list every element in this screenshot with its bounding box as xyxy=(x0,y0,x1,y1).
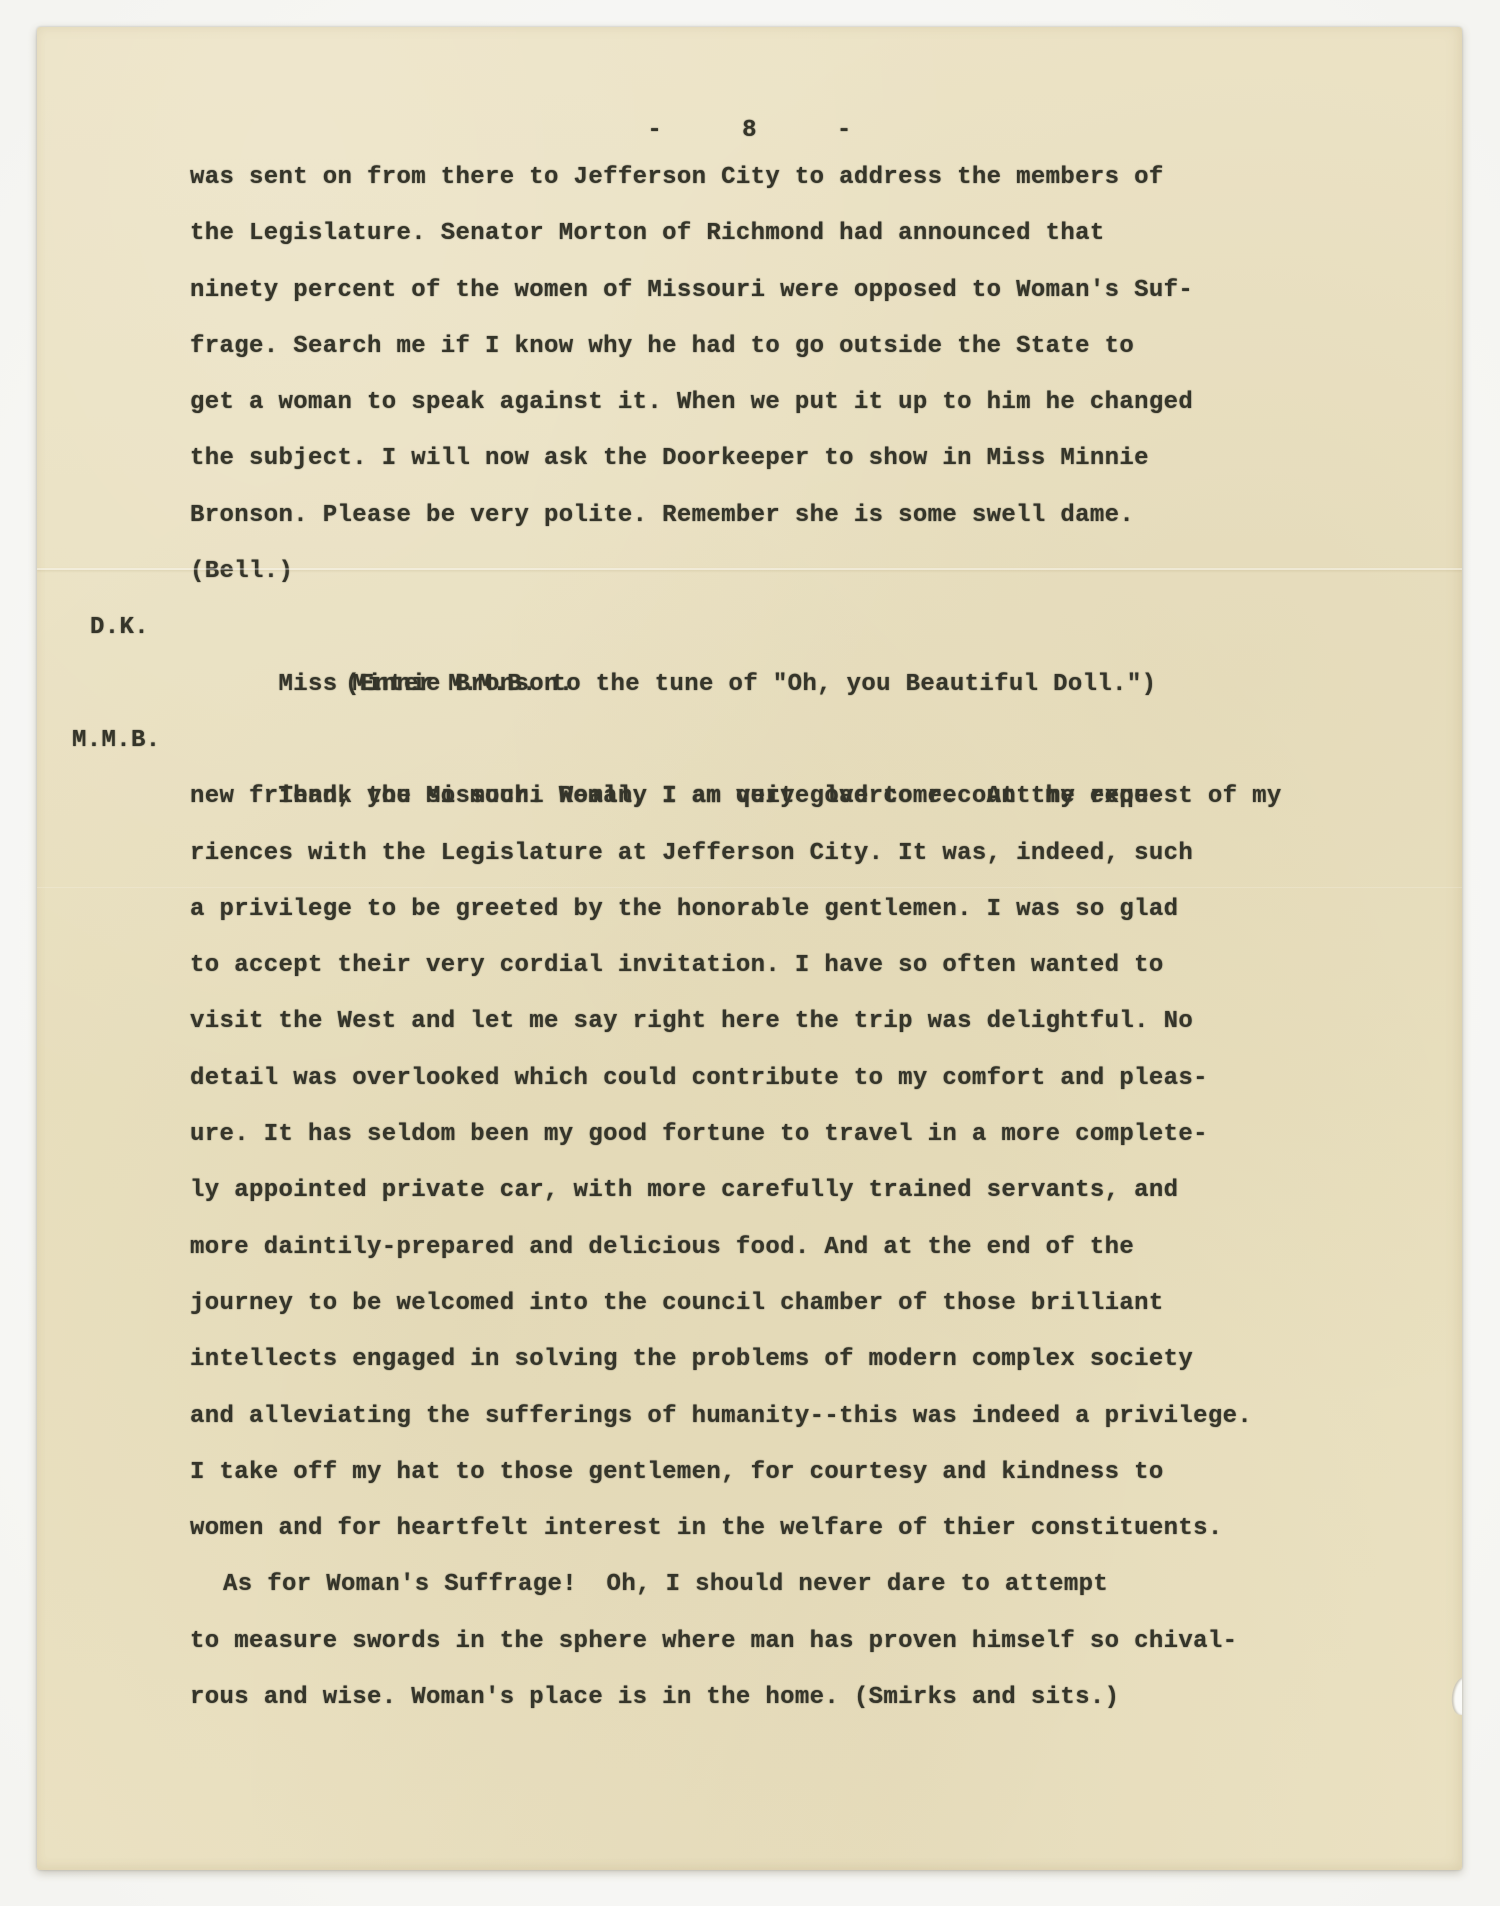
page-number-dash-right: - xyxy=(837,111,852,151)
typed-line: frage. Search me if I know why he had to… xyxy=(37,319,1462,375)
typed-line-bell-cue: (Bell.) xyxy=(37,544,1462,600)
typed-line-stage-direction: (Enter M.M.B. to the tune of "Oh, you Be… xyxy=(37,657,1462,713)
typed-line: the Legislature. Senator Morton of Richm… xyxy=(37,206,1462,262)
typed-line: and alleviating the sufferings of humani… xyxy=(37,1389,1462,1445)
typed-line: women and for heartfelt interest in the … xyxy=(37,1501,1462,1557)
typed-line: Bronson. Please be very polite. Remember… xyxy=(37,488,1462,544)
typed-line: get a woman to speak against it. When we… xyxy=(37,375,1462,431)
typed-line: ly appointed private car, with more care… xyxy=(37,1163,1462,1219)
typed-line-paragraph-indent: As for Woman's Suffrage! Oh, I should ne… xyxy=(37,1557,1462,1613)
typed-line: riences with the Legislature at Jefferso… xyxy=(37,826,1462,882)
typed-line: ninety percent of the women of Missouri … xyxy=(37,263,1462,319)
document-page: - 8 - was sent on from there to Jefferso… xyxy=(37,27,1462,1870)
typed-line: to measure swords in the sphere where ma… xyxy=(37,1614,1462,1670)
paper-crease-faint xyxy=(37,887,1462,888)
page-number-value: 8 xyxy=(742,111,757,151)
typed-line: visit the West and let me say right here… xyxy=(37,994,1462,1050)
typed-line: was sent on from there to Jefferson City… xyxy=(37,150,1462,206)
typed-line: journey to be welcomed into the council … xyxy=(37,1276,1462,1332)
typed-line: the subject. I will now ask the Doorkeep… xyxy=(37,431,1462,487)
typed-line: rous and wise. Woman's place is in the h… xyxy=(37,1670,1462,1726)
typed-line: ure. It has seldom been my good fortune … xyxy=(37,1107,1462,1163)
typed-line: detail was overlooked which could contri… xyxy=(37,1051,1462,1107)
typed-line: a privilege to be greeted by the honorab… xyxy=(37,882,1462,938)
page-number: - 8 - xyxy=(37,111,1462,151)
typed-line-doorkeeper-speech: D.K.Miss Minnie Bronson. xyxy=(37,600,1462,656)
typed-line: new friend, the Missouri Woman, I am ver… xyxy=(37,769,1462,825)
typed-line: more daintily-prepared and delicious foo… xyxy=(37,1220,1462,1276)
typed-text-block: was sent on from there to Jefferson City… xyxy=(37,150,1462,1726)
speaker-label: D.K. xyxy=(90,600,149,656)
page-number-dash-left: - xyxy=(647,111,662,151)
paper-crease xyxy=(37,568,1462,570)
speaker-label: M.M.B. xyxy=(72,713,161,769)
typed-line: intellects engaged in solving the proble… xyxy=(37,1332,1462,1388)
typed-line: I take off my hat to those gentlemen, fo… xyxy=(37,1445,1462,1501)
typed-line: to accept their very cordial invitation.… xyxy=(37,938,1462,994)
typed-line-minnie-speech: M.M.B.Thank you so much. Really I am qui… xyxy=(37,713,1462,769)
